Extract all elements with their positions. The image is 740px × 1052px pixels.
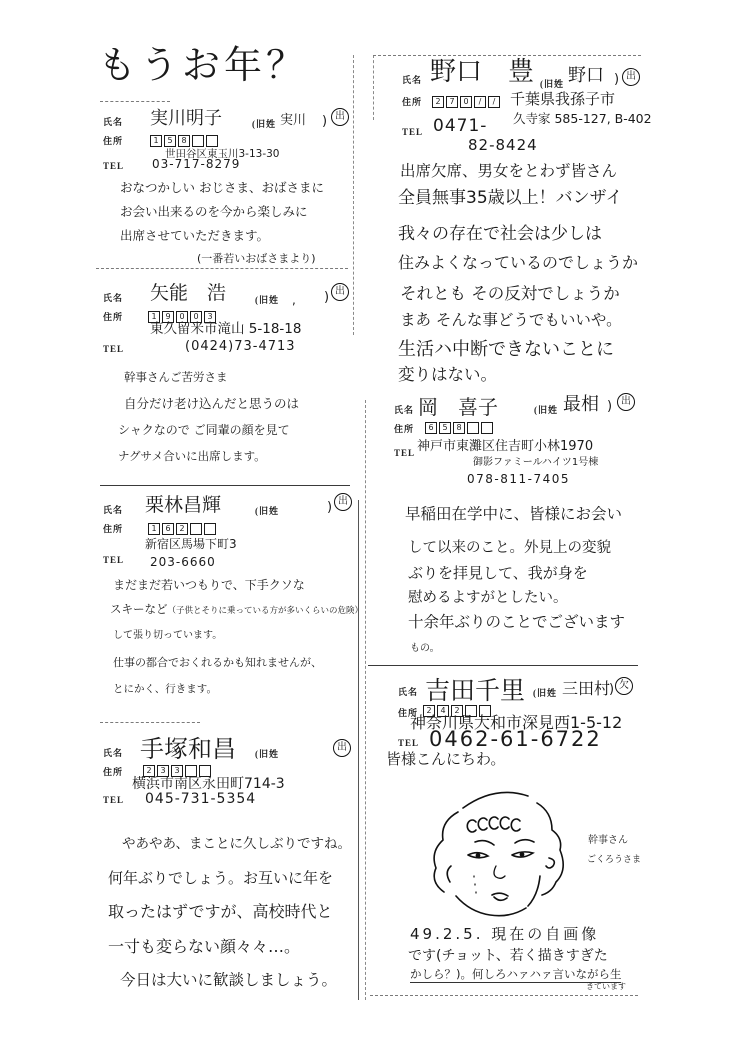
attendee-name: 野口 豊 <box>430 59 534 85</box>
portrait-caption: 49.2.5. 現在の自画像 <box>410 927 599 942</box>
divider <box>100 485 350 486</box>
postal-digit <box>190 523 202 535</box>
tel-label: TEL <box>103 796 124 805</box>
message-line: 我々の存在で社会は少しは <box>398 226 602 243</box>
attendee-name: 実川明子 <box>150 110 222 128</box>
address-label: 住所 <box>103 137 123 146</box>
divider <box>100 101 170 102</box>
message-line: お会い出来るのを今から楽しみに <box>120 206 308 219</box>
message-line: 早稲田在学中に、皆様にお会い <box>405 507 622 523</box>
postal-digit: 8 <box>178 135 190 147</box>
address-label: 住所 <box>394 425 414 434</box>
phone-number: 078-811-7405 <box>467 473 570 485</box>
address-line: 千葉県我孫子市 <box>510 92 615 107</box>
maiden-name-close: ) <box>322 115 327 128</box>
postal-code-boxes: 2 7 0 / / <box>432 96 500 108</box>
address-label: 住所 <box>103 525 123 534</box>
maiden-name-label: (旧姓 <box>255 507 279 516</box>
postal-code-boxes: 1 5 8 <box>150 135 218 147</box>
message-line: まだまだ若いつもりで、下手クソな <box>113 579 305 591</box>
maiden-name-label: (旧姓 <box>533 689 557 698</box>
maiden-name: 実川 <box>280 114 306 127</box>
portrait-caption: かしら？)。何しろハァハァ言いながら生 <box>410 969 621 983</box>
message-text: スキーなど <box>110 602 168 616</box>
address-line: 久寺家 585-127, B-402 <box>513 113 652 126</box>
message-line: とにかく、行きます。 <box>113 684 217 695</box>
address-line: 新宿区馬場下町3 <box>145 538 237 550</box>
side-note: ごくろうさま <box>587 856 641 865</box>
postal-digit: 2 <box>432 96 444 108</box>
attendance-mark: 欠 <box>615 677 633 695</box>
attendance-mark: 出 <box>617 393 635 411</box>
message-line: それとも その反対でしょうか <box>400 286 620 303</box>
postal-digit <box>204 523 216 535</box>
name-label: 氏名 <box>103 749 123 758</box>
name-label: 氏名 <box>103 118 123 127</box>
message-line: 今日は大いに歓談しましょう。 <box>120 973 337 989</box>
attendance-mark: 出 <box>333 739 351 757</box>
address-line: 御影ファミールハイツ1号棟 <box>473 458 598 468</box>
maiden-name: , <box>292 294 296 306</box>
message-line: おなつかしい おじさま、おばさまに <box>120 182 324 195</box>
attendance-mark: 出 <box>334 493 352 511</box>
maiden-name-label: (旧姓 <box>255 296 279 305</box>
attendance-mark: 出 <box>331 283 349 301</box>
address-line: 横浜市南区永田町714-3 <box>132 777 285 791</box>
maiden-name-close: ) <box>607 400 612 413</box>
postal-digit: 5 <box>439 422 451 434</box>
tel-label: TEL <box>103 556 124 565</box>
message-line: 皆様こんにちわ。 <box>386 752 505 767</box>
portrait-caption-tail: きています <box>586 983 626 991</box>
postal-code-boxes: 1 6 2 <box>148 523 216 535</box>
phone-number: 0462-61-6722 <box>429 729 602 750</box>
message-line: 変りはない。 <box>398 367 497 384</box>
attendee-name: 岡 喜子 <box>418 397 498 417</box>
address-label: 住所 <box>402 98 422 107</box>
postal-digit: 7 <box>446 96 458 108</box>
message-line: 一寸も変らない顔々々…。 <box>108 939 300 955</box>
postal-digit: 2 <box>176 523 188 535</box>
message-line: 何年ぶりでしょう。お互いに年を <box>108 871 333 886</box>
maiden-name-label: (旧姓 <box>534 406 558 415</box>
postal-digit: 8 <box>453 422 465 434</box>
phone-number: 0471- <box>433 118 487 135</box>
column-divider <box>358 500 359 1000</box>
postal-digit <box>192 135 204 147</box>
maiden-name-label: (旧姓 <box>255 750 279 759</box>
side-note: 幹事さん <box>588 836 628 846</box>
message-line: ナグサメ合いに出席します。 <box>118 451 266 463</box>
postal-digit: 5 <box>164 135 176 147</box>
divider <box>368 665 638 666</box>
box-border-left <box>373 55 374 120</box>
name-label: 氏名 <box>402 76 422 85</box>
message-line: 仕事の都合でおくれるかも知れませんが、 <box>113 657 322 668</box>
maiden-name: 三田村 <box>562 681 610 697</box>
message-line: 幹事さんご苦労さま <box>124 372 228 384</box>
maiden-name: 最相 <box>563 396 599 414</box>
name-label: 氏名 <box>398 688 418 697</box>
message-line: して以来のこと。外見上の変貌 <box>408 541 611 556</box>
maiden-name-close: ) <box>614 73 619 86</box>
signature: (一番若いおばさまより) <box>197 253 316 264</box>
message-line: 自分だけ老け込んだと思うのは <box>124 398 299 411</box>
address-label: 住所 <box>103 768 123 777</box>
message-line: 慰めるよすがとしたい。 <box>408 591 568 606</box>
divider <box>96 268 348 269</box>
self-portrait-drawing <box>420 780 580 930</box>
tel-label: TEL <box>103 162 124 171</box>
name-label: 氏名 <box>103 294 123 303</box>
postal-digit <box>481 422 493 434</box>
attendee-name: 栗林昌輝 <box>145 496 221 515</box>
message-line: 全員無事35歳以上！バンザイ <box>398 190 622 207</box>
maiden-name-close: ) <box>324 291 329 304</box>
attendee-name: 吉田千里 <box>425 678 525 703</box>
postal-digit <box>206 135 218 147</box>
scanned-page: もうお年？ 氏名 実川明子 (旧姓 実川 ) 出 住所 1 5 8 世田谷区東玉… <box>0 0 740 1052</box>
postal-digit: 1 <box>150 135 162 147</box>
attendee-name: 手塚和昌 <box>140 737 236 761</box>
box-border-top <box>373 55 641 56</box>
portrait-caption: です(チョット、若く描きすぎた <box>408 949 608 963</box>
maiden-name-close: ) <box>609 683 614 696</box>
tel-label: TEL <box>398 739 419 748</box>
postal-digit <box>467 422 479 434</box>
divider <box>370 995 638 996</box>
attendee-name: 矢能 浩 <box>150 284 226 303</box>
message-line: して張り切っています。 <box>113 631 222 641</box>
attendance-mark: 出 <box>622 68 640 86</box>
page-title: もうお年？ <box>98 46 308 84</box>
message-line: 生活ハ中断できないことに <box>398 341 614 359</box>
postal-digit: 6 <box>162 523 174 535</box>
message-line: スキーなど（子供とそりに乗っている方が多いくらいの危険） <box>110 604 363 616</box>
postal-digit: / <box>474 96 486 108</box>
message-line: 住みよくなっているのでしょうか <box>398 255 638 271</box>
message-line: 十余年ぶりのことでございます <box>408 615 625 631</box>
address-line: 神戸市東灘区住吉町小林1970 <box>417 440 593 453</box>
column-divider <box>353 55 354 335</box>
phone-number: 82-8424 <box>468 138 538 153</box>
message-line: ぶりを拝見して、我が身を <box>408 566 588 581</box>
tel-label: TEL <box>402 128 423 137</box>
phone-number: 203-6660 <box>150 556 216 568</box>
message-line: 出席欠席、男女をとわず皆さん <box>400 164 617 180</box>
message-line: 取ったはずですが、高校時代と <box>108 904 332 920</box>
phone-number: 03-717-8279 <box>152 158 240 170</box>
postal-digit: 1 <box>148 523 160 535</box>
maiden-name-label: (旧姓 <box>540 80 564 89</box>
tel-label: TEL <box>394 449 415 458</box>
name-label: 氏名 <box>394 406 414 415</box>
phone-number: 045-731-5354 <box>145 792 256 806</box>
message-line: やあやあ、まことに久しぶりですね。 <box>122 838 351 852</box>
divider <box>100 722 200 723</box>
attendance-mark: 出 <box>331 108 349 126</box>
address-line: 東久留米市滝山 5-18-18 <box>150 323 301 337</box>
message-line: まあ そんな事どうでもいいや。 <box>400 313 622 329</box>
column-divider <box>365 400 366 1000</box>
message-line: 出席させていただきます。 <box>120 230 269 243</box>
postal-digit: 0 <box>460 96 472 108</box>
postal-digit: / <box>488 96 500 108</box>
maiden-name-close: ) <box>327 501 332 514</box>
message-line: シャクなので ご同輩の顔を見て <box>118 424 290 436</box>
maiden-name: 野口 <box>568 67 604 85</box>
name-label: 氏名 <box>103 506 123 515</box>
postal-code-boxes: 6 5 8 <box>425 422 493 434</box>
message-line: もの。 <box>410 644 440 654</box>
message-aside: （子供とそりに乗っている方が多いくらいの危険） <box>168 606 364 616</box>
address-label: 住所 <box>103 313 123 322</box>
phone-number: (0424)73-4713 <box>185 340 296 353</box>
tel-label: TEL <box>103 345 124 354</box>
postal-digit: 6 <box>425 422 437 434</box>
maiden-name-label: (旧姓 <box>252 120 276 129</box>
